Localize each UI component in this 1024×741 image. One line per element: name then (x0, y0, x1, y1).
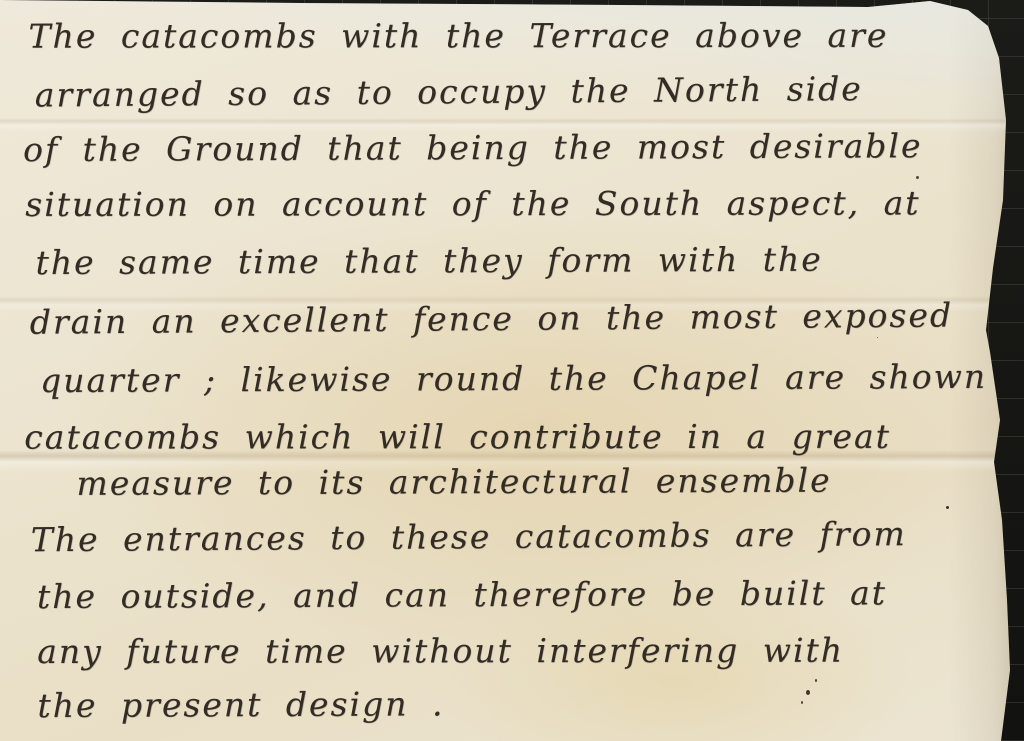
manuscript-line: quarter ; likewise round the Chapel are … (40, 357, 987, 400)
manuscript-line: arranged so as to occupy the North side (35, 69, 863, 115)
manuscript-line: The catacombs with the Terrace above are (29, 16, 889, 56)
manuscript-line: situation on account of the South aspect… (25, 183, 920, 224)
manuscript-line: of the Ground that being the most desira… (23, 126, 923, 169)
manuscript-line: catacombs which will contribute in a gre… (24, 417, 891, 457)
manuscript-line: any future time without interfering with (37, 631, 844, 671)
manuscript-line: The entrances to these catacombs are fro… (31, 514, 907, 559)
ink-smudge (916, 176, 919, 179)
manuscript-text-block: The catacombs with the Terrace above are… (0, 0, 1024, 741)
manuscript-line: the present design . (37, 684, 444, 725)
manuscript-line: the outside, and can therefore be built … (37, 573, 887, 616)
manuscript-page: The catacombs with the Terrace above are… (0, 0, 1024, 741)
manuscript-photograph: The catacombs with the Terrace above are… (0, 0, 1024, 741)
ink-smudge (806, 690, 810, 695)
manuscript-line: drain an excellent fence on the most exp… (30, 295, 954, 341)
manuscript-line: the same time that they form with the (35, 240, 822, 282)
manuscript-line: measure to its architectural ensemble (76, 461, 831, 503)
